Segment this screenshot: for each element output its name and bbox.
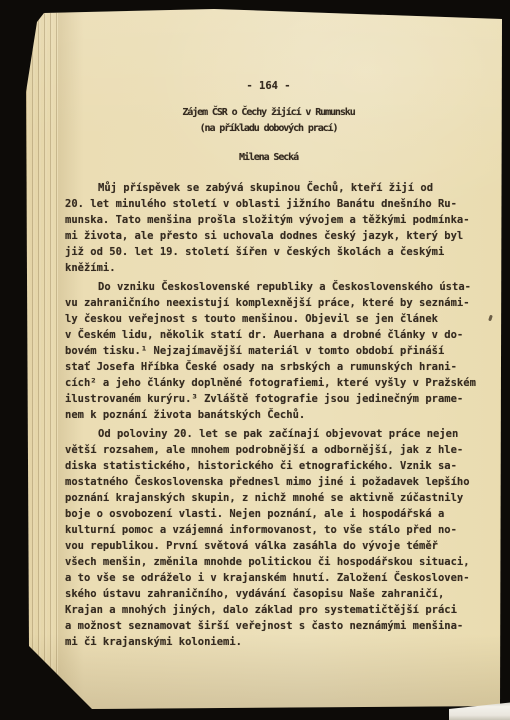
article-title-line1: Zájem ČSR o Čechy žijící v Rumunsku	[65, 105, 472, 121]
text-line: munska. Tato menšina prošla složitým výv…	[65, 212, 472, 228]
page-text: - 164 - Zájem ČSR o Čechy žijící v Rumun…	[65, 78, 472, 650]
text-line: Můj příspěvek se zabývá skupinou Čechů, …	[65, 180, 472, 196]
scanned-page-background: - 164 - Zájem ČSR o Čechy žijící v Rumun…	[0, 0, 510, 720]
text-line: ly českou veřejnost s touto menšinou. Ob…	[65, 311, 472, 327]
text-line: v Českém lidu, několik statí dr. Auerhan…	[65, 327, 472, 343]
text-line: mi života, ale přesto si uchovala dodnes…	[65, 228, 472, 244]
author-name: Milena Secká	[65, 150, 472, 166]
text-line: Do vzniku Československé republiky a Čes…	[65, 279, 472, 295]
text-line: Od poloviny 20. let se pak začínají obje…	[65, 426, 472, 442]
text-line: bovém tisku.¹ Nejzajímavější materiál v …	[65, 343, 472, 359]
text-line: mi či krajanskými koloniemi.	[65, 634, 472, 650]
book-fore-edge-pages	[26, 8, 58, 712]
text-line: větší rozsahem, ale mnohem podrobnější a…	[65, 442, 472, 458]
text-line: ského ústavu zahraničního, vydávání časo…	[65, 586, 472, 602]
text-line: vou republikou. První světová válka zasá…	[65, 538, 472, 554]
text-line: již od 50. let 19. století šířen v český…	[65, 244, 472, 260]
text-line: Krajan a mnohých jiných, dalo základ pro…	[65, 602, 472, 618]
text-line: vu zahraničního neexistují komplexnější …	[65, 295, 472, 311]
text-line: 20. let minulého století v oblasti jižní…	[65, 196, 472, 212]
paragraph: Od poloviny 20. let se pak začínají obje…	[65, 426, 472, 650]
text-line: nem k poznání života banátských Čechů.	[65, 407, 472, 423]
paragraph: Můj příspěvek se zabývá skupinou Čechů, …	[65, 180, 472, 276]
text-line: poznání krajanských skupin, z nichž mnoh…	[65, 490, 472, 506]
text-line: kněžími.	[65, 260, 472, 276]
book-page: - 164 - Zájem ČSR o Čechy žijící v Rumun…	[0, 0, 510, 720]
text-line: kulturní pomoc a vzájemná informovanost,…	[65, 522, 472, 538]
article-title-line2: (na příkladu dobových prací)	[65, 121, 472, 137]
text-line: stať Josefa Hříbka České osady na srbský…	[65, 359, 472, 375]
page-number: - 164 -	[65, 78, 472, 94]
text-line: diska statistického, historického či etn…	[65, 458, 472, 474]
text-line: boje o osvobození vlasti. Nejen poznání,…	[65, 506, 472, 522]
paragraph: Do vzniku Československé republiky a Čes…	[65, 279, 472, 423]
body-paragraphs: Můj příspěvek se zabývá skupinou Čechů, …	[65, 180, 472, 650]
text-line: cích² a jeho články doplněné fotografiem…	[65, 375, 472, 391]
text-line: ilustrovaném kurýru.³ Zvláště fotografie…	[65, 391, 472, 407]
text-line: a to vše se odráželo i v krajanském hnut…	[65, 570, 472, 586]
text-line: a možnost seznamovat širší veřejnost s č…	[65, 618, 472, 634]
ink-speck	[488, 315, 493, 322]
text-line: všech menšin, změnila mnohde politickou …	[65, 554, 472, 570]
text-line: mostatného Československa přednesl mimo …	[65, 474, 472, 490]
article-title: Zájem ČSR o Čechy žijící v Rumunsku (na …	[65, 105, 472, 137]
